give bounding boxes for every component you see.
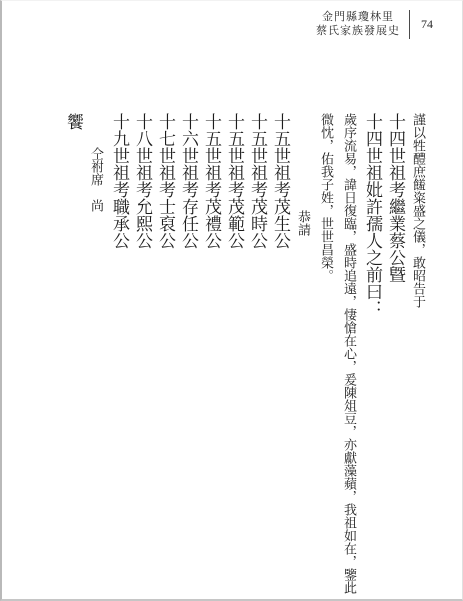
text-column-ancestor-17th-shipou: 十七世祖考士裒公 xyxy=(154,113,177,597)
text-column-attached-seats: 仝祔席 尚 xyxy=(85,113,108,597)
page-header: 金門縣瓊林里 蔡氏家族發展史 74 xyxy=(316,10,435,39)
text-column-ancestor-19th-zhicheng: 十九世祖考職承公 xyxy=(108,113,131,597)
text-column-ancestor-18th-yunxi: 十八世祖考允熙公 xyxy=(131,113,154,597)
text-column-invitation: 恭請 xyxy=(292,113,315,597)
document-page: 金門縣瓊林里 蔡氏家族發展史 74 謹以牲醴庶饈粢盛之儀，敢昭告于 十四世祖考繼… xyxy=(0,0,463,601)
ritual-text-block: 謹以牲醴庶饈粢盛之儀，敢昭告于 十四世祖考繼業蔡公曁 十四世祖妣許孺人之前曰： … xyxy=(62,113,430,597)
header-divider xyxy=(409,10,410,39)
text-column-ancestor-14th-bi: 十四世祖妣許孺人之前曰： xyxy=(361,113,384,597)
book-title: 金門縣瓊林里 蔡氏家族發展史 xyxy=(316,11,400,38)
text-column-elegy-part1: 歲序流易，諱日復臨，盛時追遠，悽愴在心，爰陳俎豆，亦獻藻蘋，我祖如在，鑒此 xyxy=(338,113,361,597)
book-title-line2: 蔡氏家族發展史 xyxy=(316,25,400,39)
text-column-ancestor-15th-maoli: 十五世祖考茂禮公 xyxy=(200,113,223,597)
book-title-line1: 金門縣瓊林里 xyxy=(316,11,400,25)
text-column-elegy-part2: 微忱，佑我子姓，世世昌榮。 xyxy=(315,113,338,597)
text-column-announcement: 謹以牲醴庶饈粢盛之儀，敢昭告于 xyxy=(407,113,430,597)
text-column-xiang-closing: 饗 xyxy=(62,113,85,597)
text-column-ancestor-15th-maosheng: 十五世祖考茂生公 xyxy=(269,113,292,597)
text-column-ancestor-14th-kao: 十四世祖考繼業蔡公曁 xyxy=(384,113,407,597)
text-column-ancestor-16th-cunren: 十六世祖考存任公 xyxy=(177,113,200,597)
text-column-ancestor-15th-maoshi: 十五世祖考茂時公 xyxy=(246,113,269,597)
page-number: 74 xyxy=(419,17,435,32)
text-column-ancestor-15th-maofan: 十五世祖考茂範公 xyxy=(223,113,246,597)
